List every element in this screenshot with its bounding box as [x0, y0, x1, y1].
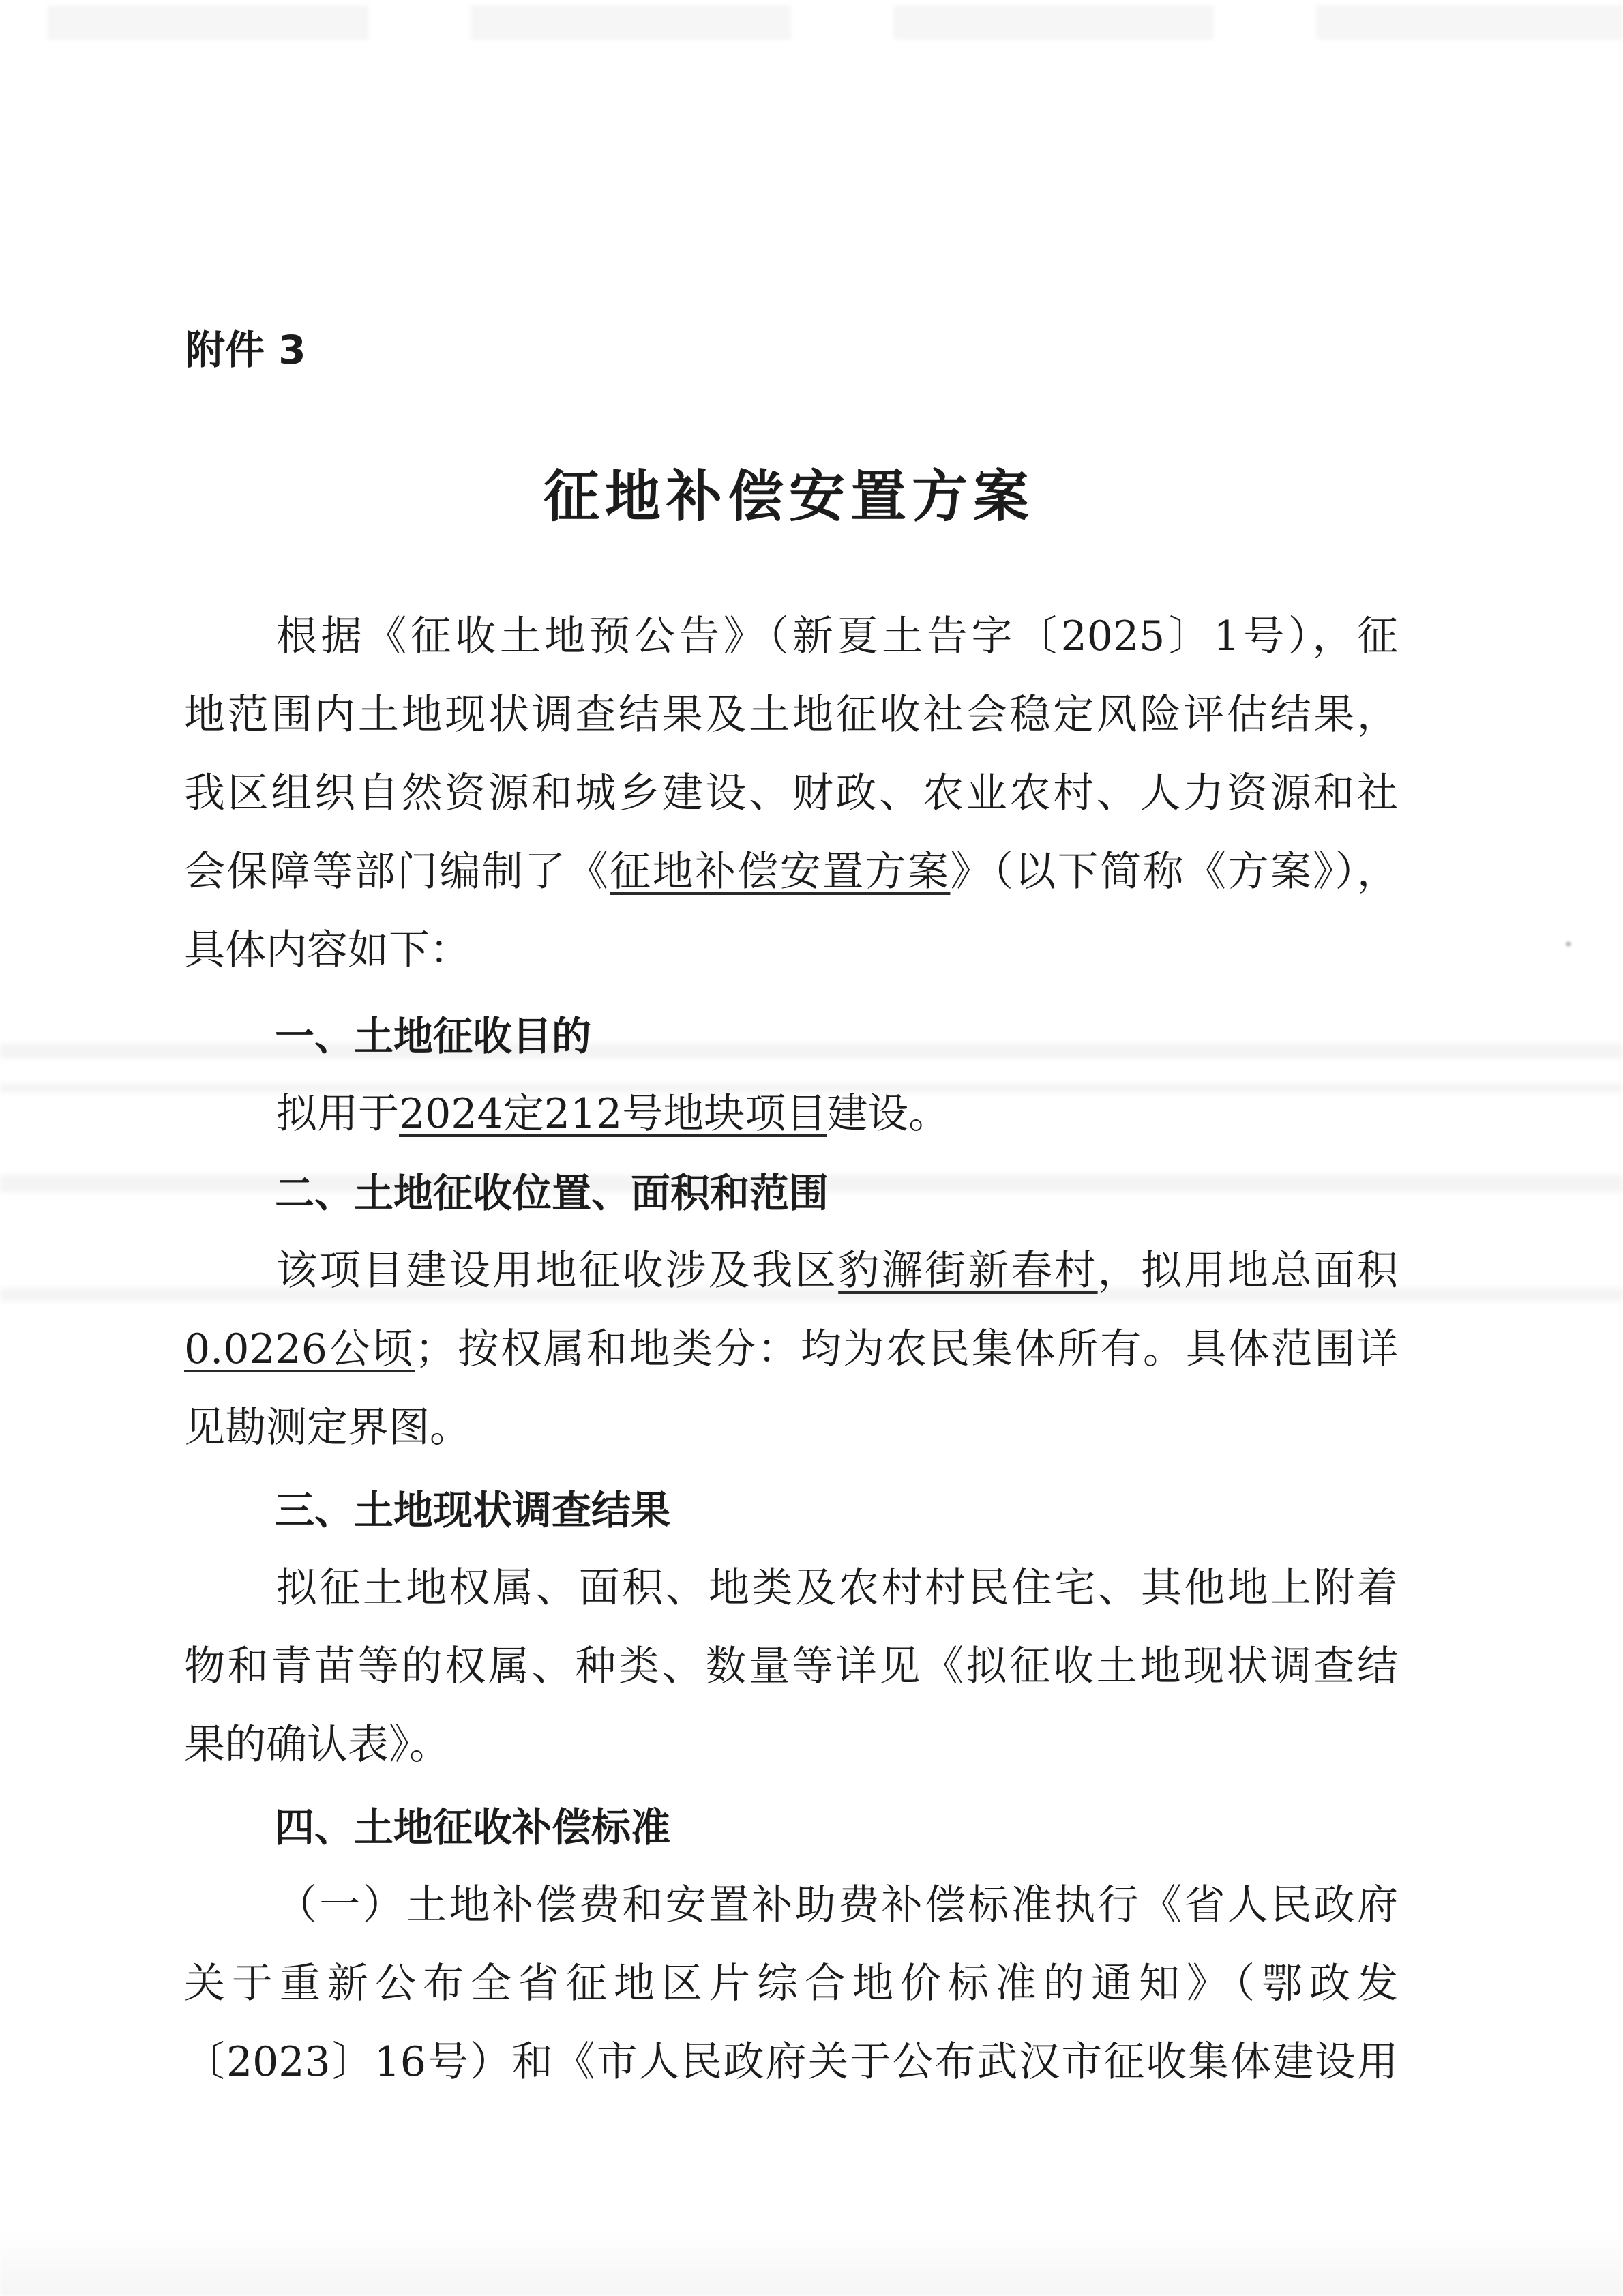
text-segment: 拟征土地权属、面积、地类及农村村民住宅、其他地上附着: [276, 1564, 1398, 1612]
underlined-document-name: 征地补偿安置方案: [610, 848, 950, 896]
text-segment: 建设。: [827, 1090, 949, 1138]
paragraph-line: （一）土地补偿费和安置补助费补偿标准执行《省人民政府: [276, 1881, 1398, 1929]
scan-smudge-band: [0, 1044, 1623, 1059]
text-segment: ；按权属和地类分：均为农民集体所有。具体范围详: [415, 1325, 1398, 1373]
text-segment: 拟用于: [276, 1090, 399, 1138]
underlined-project-name: 2024定212号地块项目: [399, 1090, 827, 1138]
text-segment: 会保障等部门编制了《: [184, 848, 610, 896]
text-segment: ，拟用地总面积: [1098, 1247, 1398, 1295]
scan-bleed-top: [0, 5, 1623, 40]
paragraph-line: 见勘测定界图。: [184, 1404, 1398, 1452]
paragraph-line: 拟用于2024定212号地块项目建设。: [276, 1090, 1398, 1138]
text-segment: 见勘测定界图。: [184, 1404, 471, 1452]
paragraph-line: 拟征土地权属、面积、地类及农村村民住宅、其他地上附着: [276, 1564, 1398, 1612]
paragraph-line: 0.0226公顷；按权属和地类分：均为农民集体所有。具体范围详: [184, 1325, 1398, 1373]
paragraph-line: 会保障等部门编制了《征地补偿安置方案》（以下简称《方案》），: [184, 848, 1398, 896]
paragraph-line: 关于重新公布全省征地区片综合地价标准的通知》（鄂政发: [184, 1960, 1398, 2007]
paragraph-line: 物和青苗等的权属、种类、数量等详见《拟征收土地现状调查结: [184, 1643, 1398, 1690]
text-segment: 关于重新公布全省征地区片综合地价标准的通知》（鄂政发: [184, 1960, 1398, 2007]
text-segment: 物和青苗等的权属、种类、数量等详见《拟征收土地现状调查结: [184, 1643, 1398, 1690]
paragraph-line: 该项目建设用地征收涉及我区豹澥街新春村，拟用地总面积: [276, 1247, 1398, 1295]
scan-bleed-bottom: [0, 2231, 1623, 2296]
paragraph-line: 〔2023〕16号）和《市人民政府关于公布武汉市征收集体建设用: [184, 2038, 1398, 2086]
text-segment: 根据《征收土地预公告》（新夏土告字〔2025〕1号），征: [276, 613, 1398, 660]
scan-speck: [1566, 941, 1571, 947]
text-segment: （一）土地补偿费和安置补助费补偿标准执行《省人民政府: [276, 1881, 1398, 1929]
document-title: 征地补偿安置方案: [0, 462, 1578, 531]
paragraph-line: 地范围内土地现状调查结果及土地征收社会稳定风险评估结果，: [184, 691, 1398, 739]
underlined-area-value: 0.0226公顷: [184, 1325, 415, 1373]
text-segment: 我区组织自然资源和城乡建设、财政、农业农村、人力资源和社: [184, 769, 1398, 817]
section-heading: 二、土地征收位置、面积和范围: [275, 1169, 829, 1217]
paragraph-line: 具体内容如下：: [184, 926, 1398, 974]
underlined-location: 豹澥街新春村: [838, 1247, 1097, 1295]
paragraph-line: 我区组织自然资源和城乡建设、财政、农业农村、人力资源和社: [184, 769, 1398, 817]
section-heading: 一、土地征收目的: [275, 1012, 591, 1060]
paragraph-line: 果的确认表》。: [184, 1721, 1398, 1769]
attachment-label: 附件 3: [185, 326, 306, 374]
text-segment: 〔2023〕16号）和《市人民政府关于公布武汉市征收集体建设用: [184, 2038, 1398, 2086]
section-heading: 三、土地现状调查结果: [275, 1486, 670, 1534]
section-heading: 四、土地征收补偿标准: [275, 1804, 670, 1851]
text-segment: 具体内容如下：: [184, 926, 471, 974]
text-segment: 该项目建设用地征收涉及我区: [276, 1247, 838, 1295]
text-segment: 》（以下简称《方案》），: [950, 848, 1398, 896]
paragraph-line: 根据《征收土地预公告》（新夏土告字〔2025〕1号），征: [276, 613, 1398, 660]
text-segment: 果的确认表》。: [184, 1721, 450, 1769]
text-segment: 地范围内土地现状调查结果及土地征收社会稳定风险评估结果，: [184, 691, 1398, 739]
